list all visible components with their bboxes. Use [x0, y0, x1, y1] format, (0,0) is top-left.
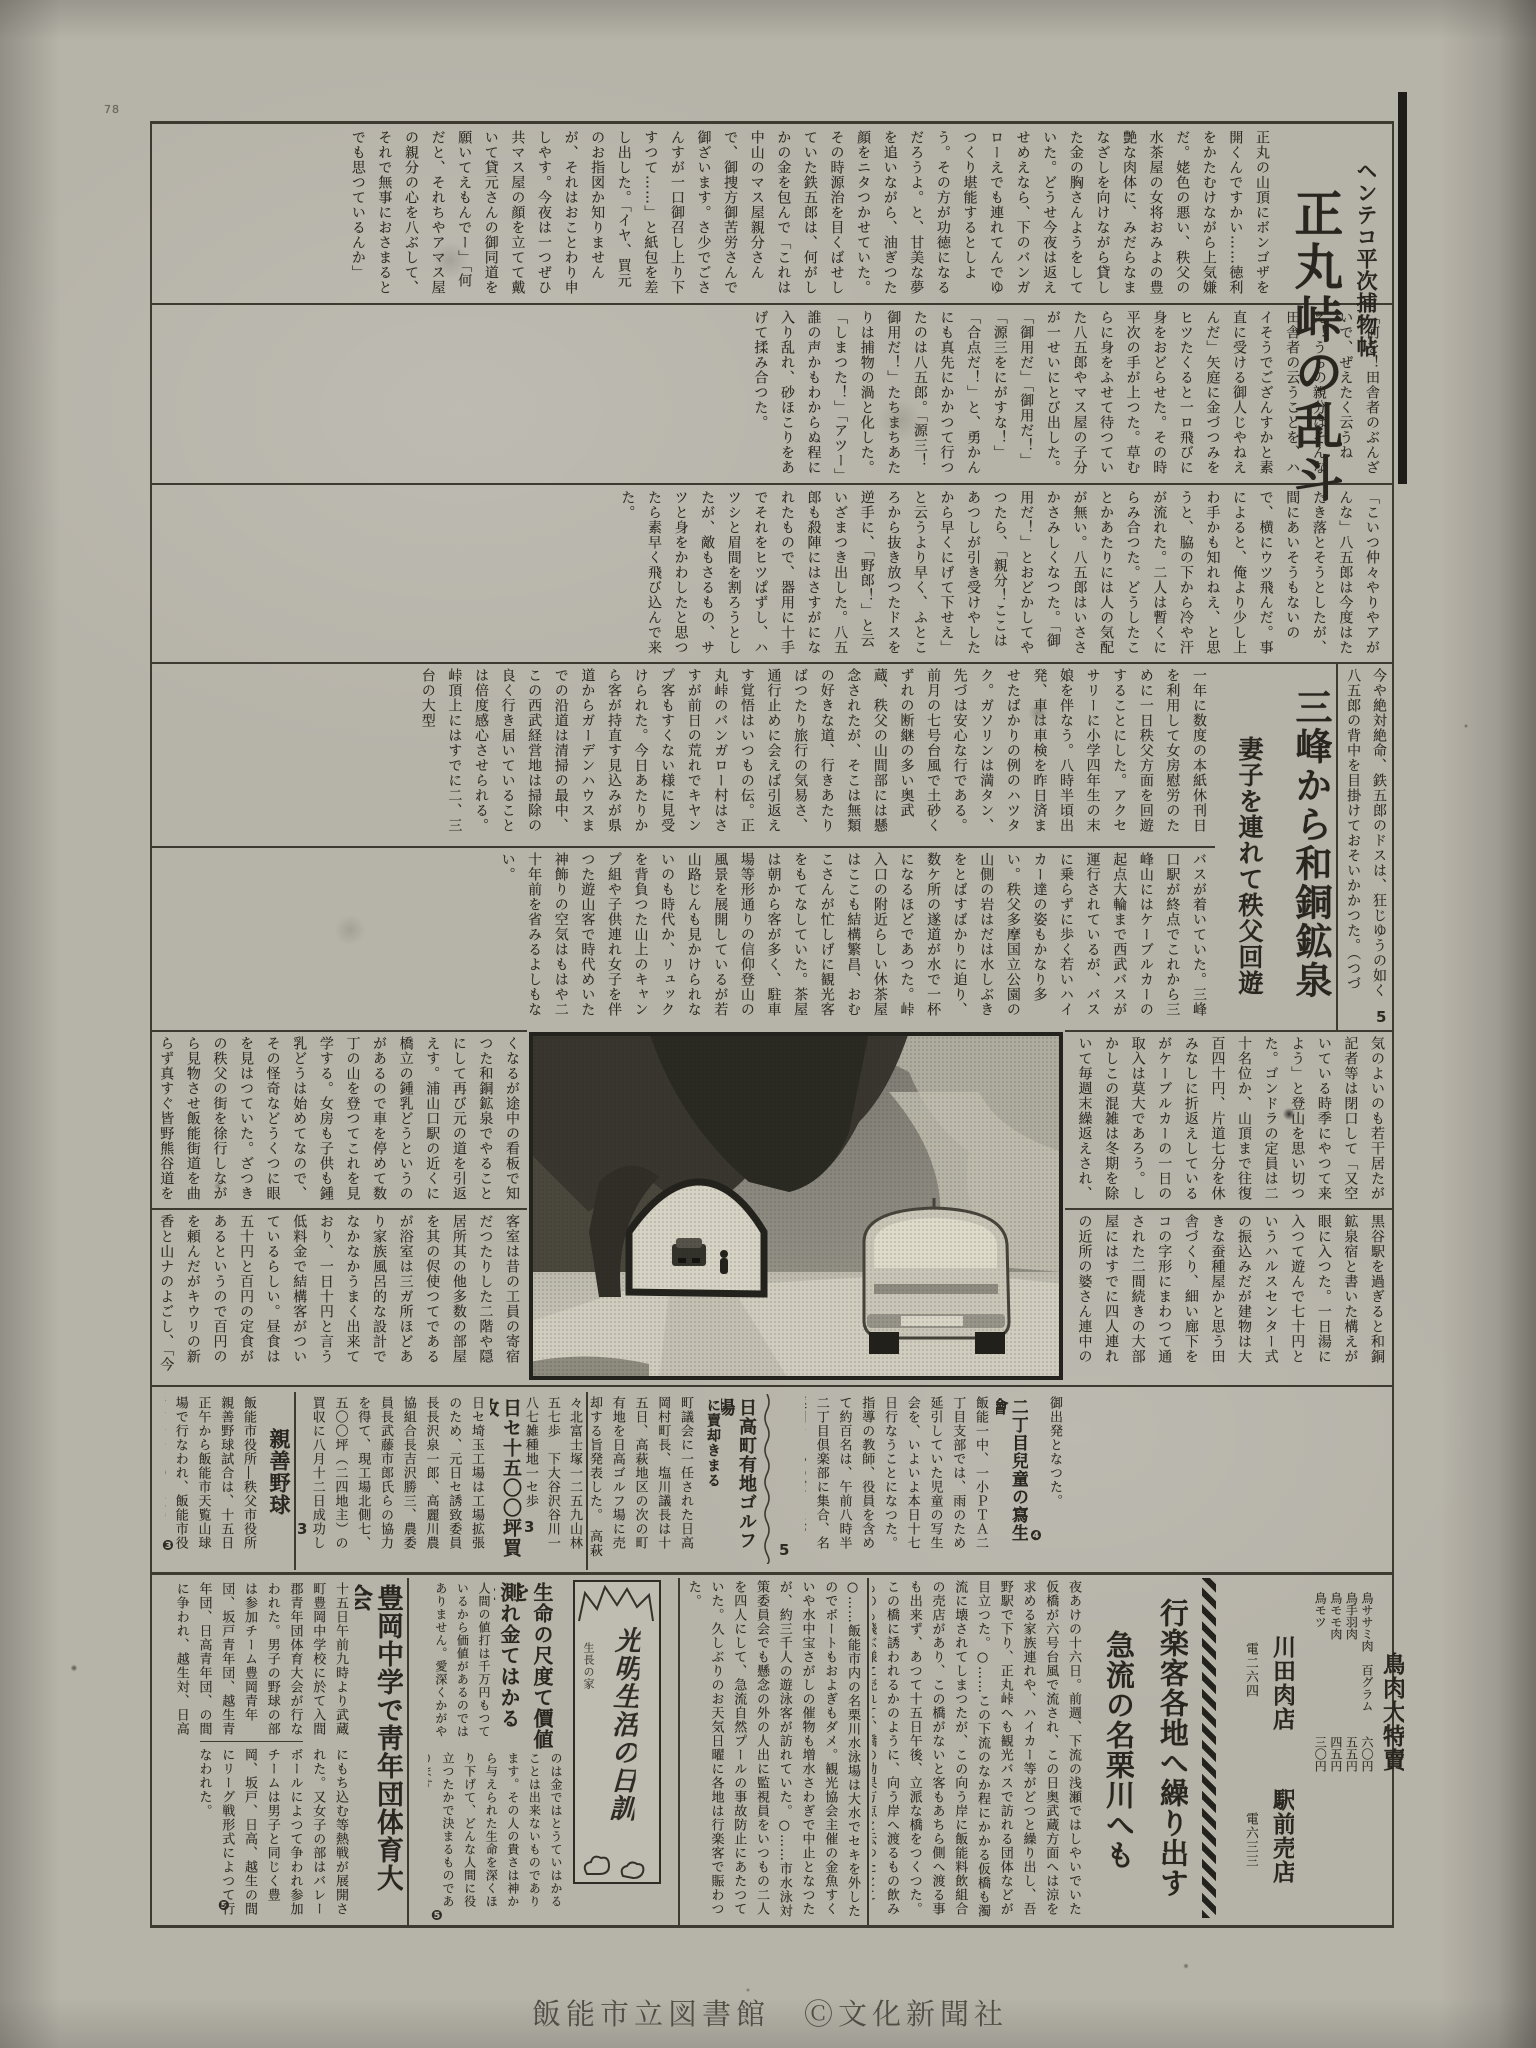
page-corner-mark: 78 — [104, 100, 120, 121]
wavy-rule — [762, 1394, 772, 1564]
meat-ad-branch-name: 駅前売店 — [1262, 1788, 1294, 1904]
baseball-headline: 親善野球 — [261, 1428, 291, 1538]
baseball-body: 飯能市役所―秩父市役所親善野球試合は、十五日正午から飯能市天覧山球場で行なわれ、… — [165, 1396, 259, 1562]
baseball-end-marker: ❸ — [162, 1538, 174, 1554]
novel-end-column-number: 5 — [1376, 1008, 1386, 1026]
komyo-box-side-text: 生長の家 — [581, 1642, 595, 1762]
mitsumine-left-upper-text: くなるが途中の看板で知つた和銅鉱泉でやることにして再び元の道を引返えす。浦山口駅… — [157, 1036, 525, 1202]
briefs-right-text: 夜あけの十六日。前週、下流の浅瀬ではしやいでいた仮橋が六号台風で流され、この日奥… — [872, 1580, 1084, 1920]
meat-ad-shop-name: 川田肉店 — [1262, 1635, 1294, 1745]
rule-local-2 — [586, 1392, 588, 1570]
sketch-end-marker: ❹ — [1030, 1528, 1042, 1544]
meat-ad-shop-tel: 電二六四 — [1241, 1642, 1258, 1732]
kouraku-subhead: 急流の名栗川へも — [1092, 1630, 1134, 1930]
novel-dan1-text: 正丸の山頂にボンゴザを開くんですかい……徳利をかたむけながら上気嫌だ。姥色の悪い… — [157, 130, 1275, 298]
rule-local-1 — [294, 1392, 296, 1570]
toyooka-headline: 豊岡中学で靑年団体育大会 — [355, 1584, 403, 1916]
mitsumine-dan5-text: バスが着いていた。三峰口駅が終点でこれから三峰山にはケーブルカーの起点大輪まで西… — [157, 852, 1212, 1024]
meat-ad-branch-tel: 電六三三 — [1241, 1812, 1258, 1902]
footer-library-credit: 飯能市立図書館 Ⓒ文化新聞社 — [430, 1992, 1110, 2033]
rule-top — [152, 121, 1394, 124]
box-rock-decoration — [575, 1583, 655, 1623]
mitsumine-headline: 三峰から和銅鉱泉 — [1270, 688, 1332, 1018]
rule-dan6-right — [1065, 1208, 1394, 1210]
komyo-end-marker: ❺ — [431, 1908, 443, 1924]
nissei-headline: 日セ十五〇〇坪買收 — [490, 1398, 522, 1568]
rule-dan2 — [152, 483, 1394, 485]
nissei-column-number: 3 — [297, 1520, 307, 1538]
article-photo-tunnel-road — [529, 1032, 1063, 1380]
mitsumine-right-upper-text: 気のよいのも若干居たが記者等は閉口して「又空いている時季にやつて来よう」と登山を… — [1068, 1036, 1390, 1202]
toyooka-body-lower: にもち込む等熱戦が展開された。又女子の部はバレーボールによつて争われ参加チームは… — [167, 1748, 351, 1918]
meat-ad-items: 鳥ササミ肉 百グラム 六〇円 鳥手羽肉 五五円 鳥モモ肉 四五円 鳥モツ 三〇円 — [1310, 1592, 1374, 1902]
rule-bottom — [152, 1925, 1394, 1928]
decorative-striped-bar — [1202, 1578, 1216, 1918]
box-chick-decoration — [575, 1844, 655, 1880]
landlist-column-number: 3 — [524, 1518, 534, 1536]
komyo-headline-right: 生命の尺度て價値を — [519, 1582, 553, 1754]
golf-subhead: に賣却きまる — [699, 1398, 721, 1508]
newspaper-page: 78 ヘンテコ平次捕物帖 正丸峠の乱斗 正丸の山頂にボンゴザを開くんですかい……… — [0, 0, 1536, 2048]
rule-dan5-left — [152, 1030, 527, 1032]
komyo-body-right: 人間の値打は千万円もつているから価値があるのではありません。愛深くかがやかしい人… — [428, 1582, 494, 1746]
rule-dan3 — [152, 662, 1394, 664]
mitsumine-left-lower-text: 客室は昔の工員の寄宿だつたりした二階や隠居所其の他多数の部屋を其の侭使つてである… — [157, 1214, 525, 1378]
rule-bottom-2 — [678, 1578, 680, 1925]
rule-dan6-left — [152, 1208, 527, 1210]
golf-headline: 日高町有地ゴルフ場 — [721, 1398, 757, 1568]
komyo-ad-box: 光明生活の日訓 生長の家 — [573, 1580, 661, 1884]
briefs-left-text: ○……飯能市内の名栗川水泳場は大水でセキを外したのでボートもおよぎもダメ。観光協… — [683, 1580, 863, 1920]
mitsumine-subhead: 妻子を連れて秩父回遊 — [1224, 736, 1264, 1026]
novel-ending-text: 今や絶対絶命、鉄五郎のドスは、狂じゆうの如く八五郎の背中を目掛けておそいかかつた… — [1341, 668, 1391, 1008]
golf-body: 町議会に一任された日高岡村町長、塩川議長は十五日、高萩地区の次の町有地を日高ゴル… — [590, 1396, 696, 1562]
rule-dan1 — [152, 303, 1394, 305]
previous-article-end: 御出発となつた。 — [1042, 1396, 1064, 1562]
rule-thick-bar — [1398, 92, 1407, 484]
sketch-headline: 二丁目兒童の寫生會 — [996, 1398, 1028, 1558]
rule-toyooka-inner — [200, 1741, 303, 1742]
mitsumine-dan4-text: 一年に数度の本紙休刊日を利用して女房慰労のために一日秩父方面を回遊することにした… — [157, 668, 1212, 840]
nissei-body: 日セ埼玉工場は工場拡張のため、元日セ誘致委員長長沢泉一郎、高麗川農協組合長吉沢勝… — [305, 1396, 487, 1562]
komyo-box-title: 光明生活の日訓 — [599, 1625, 641, 1846]
rule-dan7 — [152, 1385, 1394, 1387]
kouraku-headline: 行楽客各地へ繰り出す — [1142, 1598, 1188, 1898]
toyooka-body-upper: 十五日午前九時より武蔵町豊岡中学校に於て入間郡青年団体育大会が行なわれた。男子の… — [167, 1582, 351, 1738]
rule-bottom-3 — [867, 1578, 869, 1925]
sketch-body: 飯能一中、一小ＰＴＡ二丁目支部では、雨のため延引していた児童の写生会を、いよいよ… — [805, 1396, 991, 1562]
mitsumine-right-lower-text: 黒谷駅を過ぎると和銅鉱泉宿と書いた構えが眼に入つた。一日湯に入つて遊んで七十円と… — [1068, 1214, 1390, 1378]
rule-bottom-1 — [407, 1578, 409, 1925]
toyooka-end-marker: ❺ — [218, 1898, 230, 1914]
rule-novel-end — [1336, 662, 1338, 1030]
komyo-headline-left: 測れ金てはかるな — [494, 1582, 520, 1748]
meat-ad-title: 鳥肉大特賣 — [1374, 1652, 1404, 1792]
sketch-column-number: 5 — [779, 1541, 789, 1559]
komyo-body-lower: のは金ではとうていはかることは出来ないものであります。その人の貴さは神から与えら… — [428, 1752, 566, 1918]
novel-dan3-text: 「こいつ仲々やりやアがんな」八五郎は今度はたたき落とそうとしたが、間にあいそうも… — [157, 490, 1385, 656]
rule-dan8 — [152, 1572, 1394, 1575]
novel-dan2-text: 「何を！田舎者のぶんざいで、ぜえたく云うねえ！うちの親分はそんな田舎者の云うこと… — [157, 310, 1385, 478]
rule-dan5-right — [1065, 1030, 1394, 1032]
rule-dan4 — [152, 846, 1215, 848]
rule-left-edge — [150, 121, 152, 1928]
